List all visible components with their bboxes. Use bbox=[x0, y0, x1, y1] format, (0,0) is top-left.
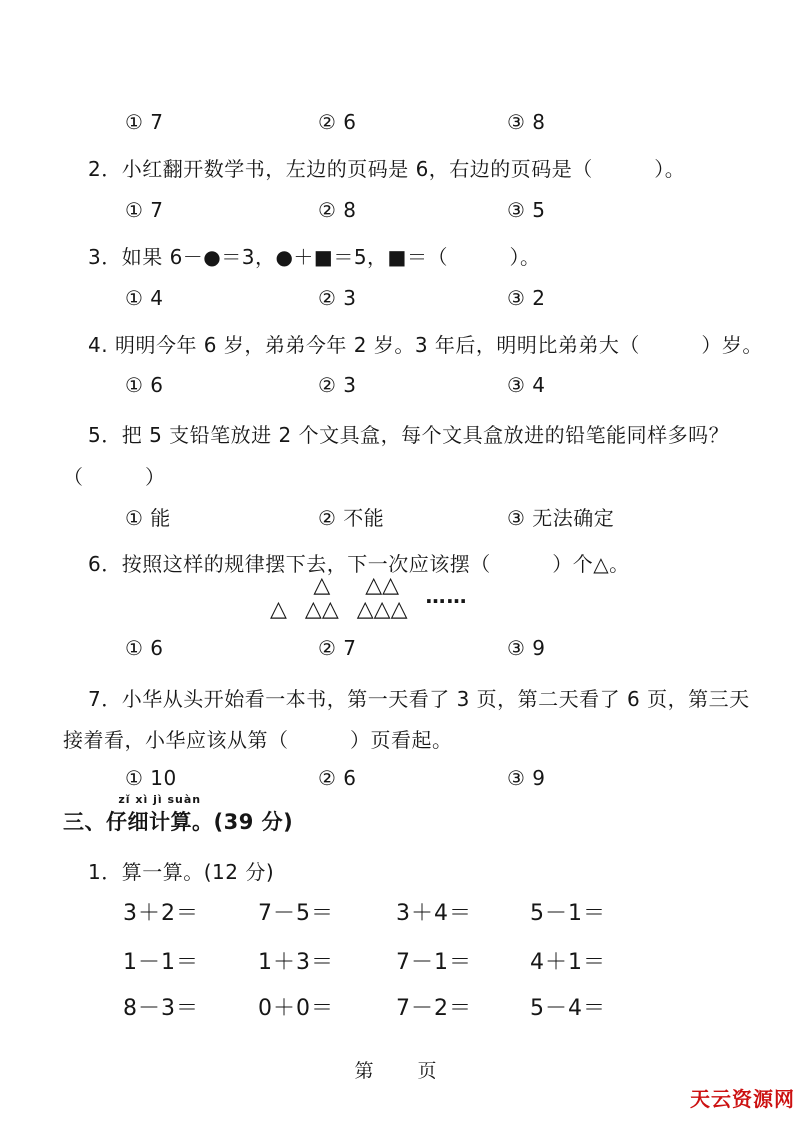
question-7-option-1: ① 10 bbox=[125, 766, 177, 790]
question-1-option-1: ① 7 bbox=[125, 110, 164, 134]
question-4-option-3: ③ 4 bbox=[507, 373, 546, 397]
question-7-text-line-2: 接着看，小华应该从第（ ）页看起。 bbox=[0, 724, 793, 754]
question-3-option-1: ① 4 bbox=[125, 286, 164, 310]
question-6-option-2: ② 7 bbox=[318, 636, 357, 660]
calc-expression: 8－3＝ bbox=[123, 991, 199, 1022]
calc-subtitle: 1．算一算。(12 分) bbox=[0, 856, 793, 886]
question-3-option-2: ② 3 bbox=[318, 286, 357, 310]
question-5-option-1: ① 能 bbox=[125, 502, 171, 531]
pinyin-annotation: zǐ xì jì suàn bbox=[106, 793, 214, 806]
question-1-option-3: ③ 8 bbox=[507, 110, 546, 134]
question-2-option-2: ② 8 bbox=[318, 198, 357, 222]
triangle-group-3: △△ △△△ bbox=[357, 574, 408, 622]
question-1-option-2: ② 6 bbox=[318, 110, 357, 134]
section-3-title: 仔细计算。 bbox=[106, 810, 214, 834]
calc-row-2: 1－1＝ 1＋3＝ 7－1＝ 4＋1＝ bbox=[0, 945, 793, 975]
section-3-title-with-pinyin: zǐ xì jì suàn仔细计算。 bbox=[106, 806, 214, 836]
question-6-option-3: ③ 9 bbox=[507, 636, 546, 660]
calc-expression: 4＋1＝ bbox=[530, 945, 606, 976]
question-4-options: ① 6 ② 3 ③ 4 bbox=[0, 373, 793, 403]
calc-expression: 5－4＝ bbox=[530, 991, 606, 1022]
calc-expression: 7－1＝ bbox=[396, 945, 472, 976]
question-2-text: 2．小红翻开数学书，左边的页码是 6，右边的页码是（ ）。 bbox=[0, 153, 793, 183]
question-5-option-2: ② 不能 bbox=[318, 502, 384, 531]
question-4-option-1: ① 6 bbox=[125, 373, 164, 397]
question-5-answer-blank: （ ） bbox=[0, 461, 793, 491]
question-5-option-3: ③ 无法确定 bbox=[507, 502, 614, 531]
calc-expression: 1＋3＝ bbox=[258, 945, 334, 976]
triangle-group-1: △ bbox=[270, 598, 287, 622]
calc-expression: 7－2＝ bbox=[396, 991, 472, 1022]
section-3-score: (39 分) bbox=[214, 810, 294, 834]
page-number-label: 第 页 bbox=[0, 1056, 793, 1086]
calc-expression: 1－1＝ bbox=[123, 945, 199, 976]
question-7-text-line-1: 7．小华从头开始看一本书，第一天看了 3 页，第二天看了 6 页，第三天 bbox=[0, 683, 793, 713]
site-watermark: 天云资源网 bbox=[690, 1083, 793, 1112]
question-1-options: ① 7 ② 6 ③ 8 bbox=[0, 110, 793, 140]
question-7-options: ① 10 ② 6 ③ 9 bbox=[0, 766, 793, 796]
triangle-group-2: △ △△ bbox=[305, 574, 339, 622]
triangle-pattern-figure: △ △ △△ △△ △△△ …… bbox=[270, 574, 468, 622]
calc-expression: 0＋0＝ bbox=[258, 991, 334, 1022]
calc-expression: 5－1＝ bbox=[530, 896, 606, 927]
question-4-option-2: ② 3 bbox=[318, 373, 357, 397]
section-3-number: 三、 bbox=[63, 810, 106, 834]
calc-row-1: 3＋2＝ 7－5＝ 3＋4＝ 5－1＝ bbox=[0, 896, 793, 926]
question-5-text: 5．把 5 支铅笔放进 2 个文具盒，每个文具盒放进的铅笔能同样多吗？ bbox=[0, 419, 793, 449]
question-6-options: ① 6 ② 7 ③ 9 bbox=[0, 636, 793, 666]
question-3-option-3: ③ 2 bbox=[507, 286, 546, 310]
question-4-text: 4. 明明今年 6 岁，弟弟今年 2 岁。3 年后，明明比弟弟大（ ）岁。 bbox=[0, 329, 793, 359]
question-2-options: ① 7 ② 8 ③ 5 bbox=[0, 198, 793, 228]
exam-page: ① 7 ② 6 ③ 8 2．小红翻开数学书，左边的页码是 6，右边的页码是（ ）… bbox=[0, 0, 793, 1121]
question-5-options: ① 能 ② 不能 ③ 无法确定 bbox=[0, 502, 793, 532]
question-6-option-1: ① 6 bbox=[125, 636, 164, 660]
question-2-option-3: ③ 5 bbox=[507, 198, 546, 222]
calc-row-3: 8－3＝ 0＋0＝ 7－2＝ 5－4＝ bbox=[0, 991, 793, 1021]
question-3-text: 3．如果 6－●＝3，●＋■＝5，■＝（ ）。 bbox=[0, 241, 793, 271]
question-3-options: ① 4 ② 3 ③ 2 bbox=[0, 286, 793, 316]
calc-expression: 3＋4＝ bbox=[396, 896, 472, 927]
calc-expression: 3＋2＝ bbox=[123, 896, 199, 927]
section-3-header: 三、zǐ xì jì suàn仔细计算。(39 分) bbox=[0, 806, 793, 836]
calc-expression: 7－5＝ bbox=[258, 896, 334, 927]
question-2-option-1: ① 7 bbox=[125, 198, 164, 222]
question-7-option-3: ③ 9 bbox=[507, 766, 546, 790]
question-7-option-2: ② 6 bbox=[318, 766, 357, 790]
ellipsis-dots: …… bbox=[426, 584, 468, 608]
